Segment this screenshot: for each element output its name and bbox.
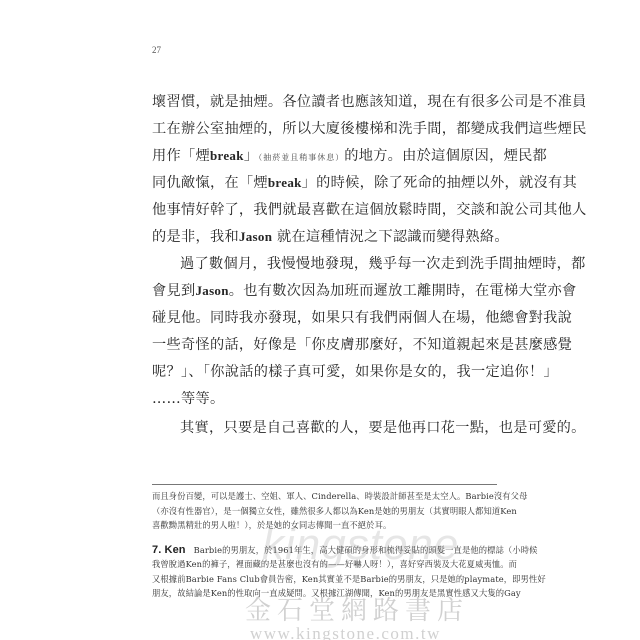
body-line: 壞習慣，就是抽煙。各位讀者也應該知道，現在有很多公司是不准員 bbox=[152, 92, 497, 119]
footnote-separator bbox=[152, 484, 497, 485]
footnote-7-line: 7. KenBarbie的男朋友，於1961年生，高大健碩的身形和梳得妥貼的頭髮… bbox=[152, 543, 502, 558]
footnote-line: （亦沒有性器官），是一個獨立女性，雖然很多人都以為Ken是她的男朋友（其實明眼人… bbox=[152, 504, 502, 519]
body-text: 壞習慣，就是抽煙。各位讀者也應該知道，現在有很多公司是不准員 工在辦公室抽煙的，… bbox=[152, 92, 497, 445]
body-line: 工在辦公室抽煙的，所以大廈後樓梯和洗手間，都變成我們這些煙民 bbox=[152, 119, 497, 146]
footnote-line: 喜歡黝黑精壯的男人啦！），於是她的女同志傳聞一直不絕於耳。 bbox=[152, 518, 502, 533]
body-line: ……等等。 bbox=[152, 389, 497, 416]
body-line: 一些奇怪的話，好像是「你皮膚那麼好，不知道親起來是甚麼感覺 bbox=[152, 335, 497, 362]
footnote-line: 而且身份百變，可以是護士、空姐、軍人、Cinderella、時裝設計師甚至是太空… bbox=[152, 489, 502, 504]
body-line: 呢？」、「你說話的樣子真可愛，如果你是女的，我一定追你！」 bbox=[152, 362, 497, 389]
body-line: 碰見他。同時我亦發現，如果只有我們兩個人在場，他總會對我說 bbox=[152, 308, 497, 335]
body-line: 他事情好幹了，我們就最喜歡在這個放鬆時間，交談和說公司其他人 bbox=[152, 200, 497, 227]
watermark-url: www.kingstone.com.tw bbox=[250, 624, 441, 640]
footnotes: 而且身份百變，可以是護士、空姐、軍人、Cinderella、時裝設計師甚至是太空… bbox=[152, 489, 502, 601]
body-line: 會見到Jason。也有數次因為加班而遲放工離開時，在電梯大堂亦會 bbox=[152, 281, 497, 308]
page-number: 27 bbox=[152, 45, 161, 55]
paragraph-start-line: 其實，只要是自己喜歡的人，要是他再口花一點，也是可愛的。 bbox=[152, 418, 497, 445]
body-line: 的是非，我和Jason 就在這種情況之下認識而變得熟絡。 bbox=[152, 227, 497, 254]
inline-annotation: （抽菸並且稍事休息） bbox=[258, 153, 344, 162]
body-line: 同仇敵愾，在「煙break」的時候，除了死命的抽煙以外，就沒有其 bbox=[152, 173, 497, 200]
paragraph-start-line: 過了數個月，我慢慢地發現，幾乎每一次走到洗手間抽煙時，都 bbox=[152, 254, 497, 281]
footnote-7-line: 我曾脫過Ken的褲子，裡面藏的是甚麼也沒有的——好嚇人呀！），喜好穿西裝及大花夏… bbox=[152, 557, 502, 572]
footnote-7-line: 又根據前Barbie Fans Club會員告密，Ken其實並不是Barbie的… bbox=[152, 572, 502, 587]
footnote-label: 7. Ken bbox=[152, 544, 186, 556]
body-line: 用作「煙break」（抽菸並且稍事休息）的地方。由於這個原因，煙民都 bbox=[152, 146, 497, 173]
footnote-7-line: 朋友，故結論是Ken的性取向一直成疑問。又根據江湖傳聞，Ken的男朋友是黑實性感… bbox=[152, 586, 502, 601]
